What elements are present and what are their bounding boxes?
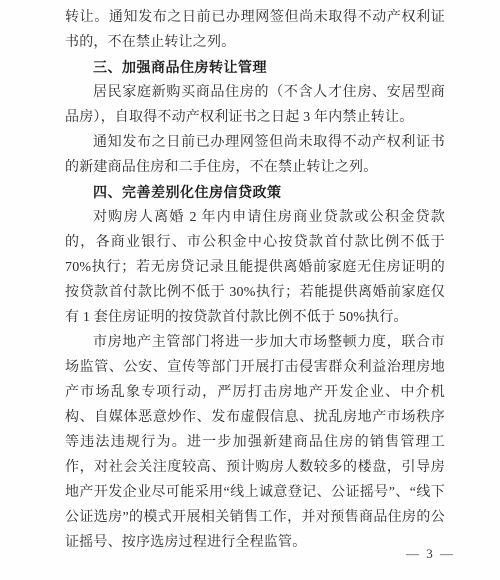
paragraph-continuation: 转让。通知发布之日前已办理网签但尚未取得不动产权利证书的，不在禁止转让之列。 (65, 5, 445, 55)
paragraph: 通知发布之日前已办理网签但尚未取得不动产权利证书的新建商品住房和二手住房，不在禁… (65, 130, 445, 180)
page-number: — 3 — (406, 546, 455, 562)
paragraph: 对购房人离婚 2 年内申请住房商业贷款或公积金贷款的，各商业银行、市公积金中心按… (65, 205, 445, 330)
section-heading-4: 四、完善差别化住房信贷政策 (65, 180, 445, 205)
paragraph: 市房地产主管部门将进一步加大市场整顿力度，联合市场监管、公安、宣传等部门开展打击… (65, 330, 445, 555)
section-heading-3: 三、加强商品住房转让管理 (65, 55, 445, 80)
document-body: 转让。通知发布之日前已办理网签但尚未取得不动产权利证书的，不在禁止转让之列。 三… (65, 5, 445, 555)
document-page: 转让。通知发布之日前已办理网签但尚未取得不动产权利证书的，不在禁止转让之列。 三… (0, 0, 500, 580)
paragraph: 居民家庭新购买商品住房的（不含人才住房、安居型商品房），自取得不动产权利证书之日… (65, 80, 445, 130)
